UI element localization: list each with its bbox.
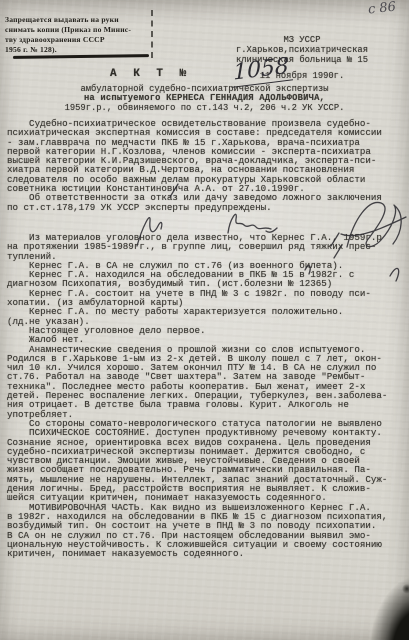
scanned-document-page: Запрещается выдавать на рукиснимать копи… bbox=[0, 0, 409, 640]
text-line: тву здравоохранения СССР bbox=[5, 35, 155, 45]
stamp-underline bbox=[13, 54, 149, 58]
text-line: снимать копии (Приказ по Минис- bbox=[5, 25, 155, 35]
text-line: Запрещается выдавать на руки bbox=[5, 15, 155, 25]
letterhead-org-line1: г.Харьков,психиатрическая bbox=[208, 45, 396, 55]
act-title-label: А К Т № bbox=[110, 68, 191, 80]
stamp-divider-dashed-line bbox=[151, 10, 153, 58]
handwritten-page-number: с 86 bbox=[367, 0, 396, 17]
subtitle-charges: 1959г.р., обвиняемого по ст.143 ч.2, 206… bbox=[0, 104, 409, 113]
text-line: критичен, понимает наказуемость содеянно… bbox=[7, 549, 405, 558]
act-subtitle: амбулаторной судебно-психиатрической экс… bbox=[0, 85, 409, 113]
no-copies-stamp: Запрещается выдавать на рукиснимать копи… bbox=[5, 15, 155, 55]
body-text-commission-and-liability: Судебно-психиатрическое освидетельствова… bbox=[7, 119, 405, 212]
text-line: на протяжении 1985-1989гг., в группе лиц… bbox=[7, 242, 405, 251]
text-line: по ст.ст.178,179 УК УССР эксперты предуп… bbox=[7, 203, 405, 212]
body-text-case-history-and-conclusion: Из материалов уголовного дела известно, … bbox=[7, 233, 405, 558]
expert-signature-2 bbox=[228, 214, 277, 233]
letterhead-ministry: МЗ УССР bbox=[208, 35, 396, 45]
